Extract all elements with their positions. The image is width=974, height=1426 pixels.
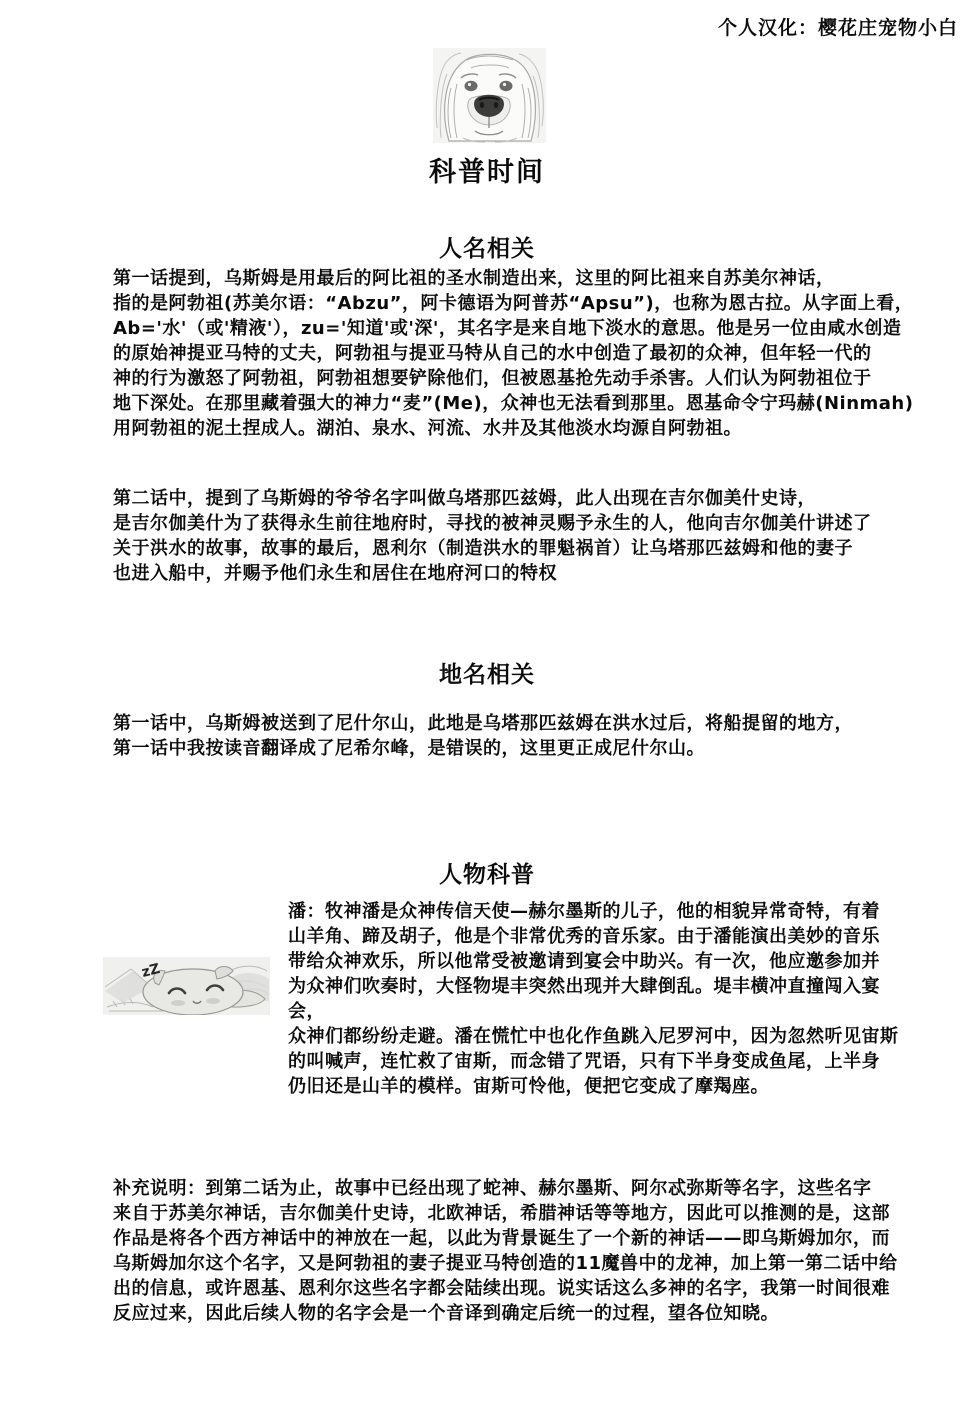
paragraph-supplement: 补充说明：到第二话为止，故事中已经出现了蛇神、赫尔墨斯、阿尔忒弥斯等名字，这些名… [113, 1176, 963, 1326]
science-notes-page: 个人汉化：樱花庄宠物小白 [0, 0, 974, 1426]
dog-face-image [433, 48, 546, 143]
section-heading-places: 地名相关 [0, 656, 974, 689]
sleeping-character-image: zZ [103, 957, 270, 1015]
page-title: 科普时间 [0, 150, 974, 189]
section-heading-characters: 人物科普 [0, 856, 974, 889]
paragraph-character-pan: 潘：牧神潘是众神传信天使—赫尔墨斯的儿子，他的相貌异常奇特，有着 山羊角、蹄及胡… [288, 899, 908, 1099]
paragraph-places: 第一话中，乌斯姆被送到了尼什尔山，此地是乌塔那匹兹姆在洪水过后，将船提留的地方，… [113, 711, 963, 761]
section-heading-names: 人名相关 [0, 230, 974, 263]
paragraph-names-1: 第一话提到，乌斯姆是用最后的阿比祖的圣水制造出来，这里的阿比祖来自苏美尔神话， … [113, 266, 963, 441]
translator-credit: 个人汉化：樱花庄宠物小白 [718, 13, 958, 40]
paragraph-names-2: 第二话中，提到了乌斯姆的爷爷名字叫做乌塔那匹兹姆，此人出现在吉尔伽美什史诗， 是… [113, 486, 963, 586]
